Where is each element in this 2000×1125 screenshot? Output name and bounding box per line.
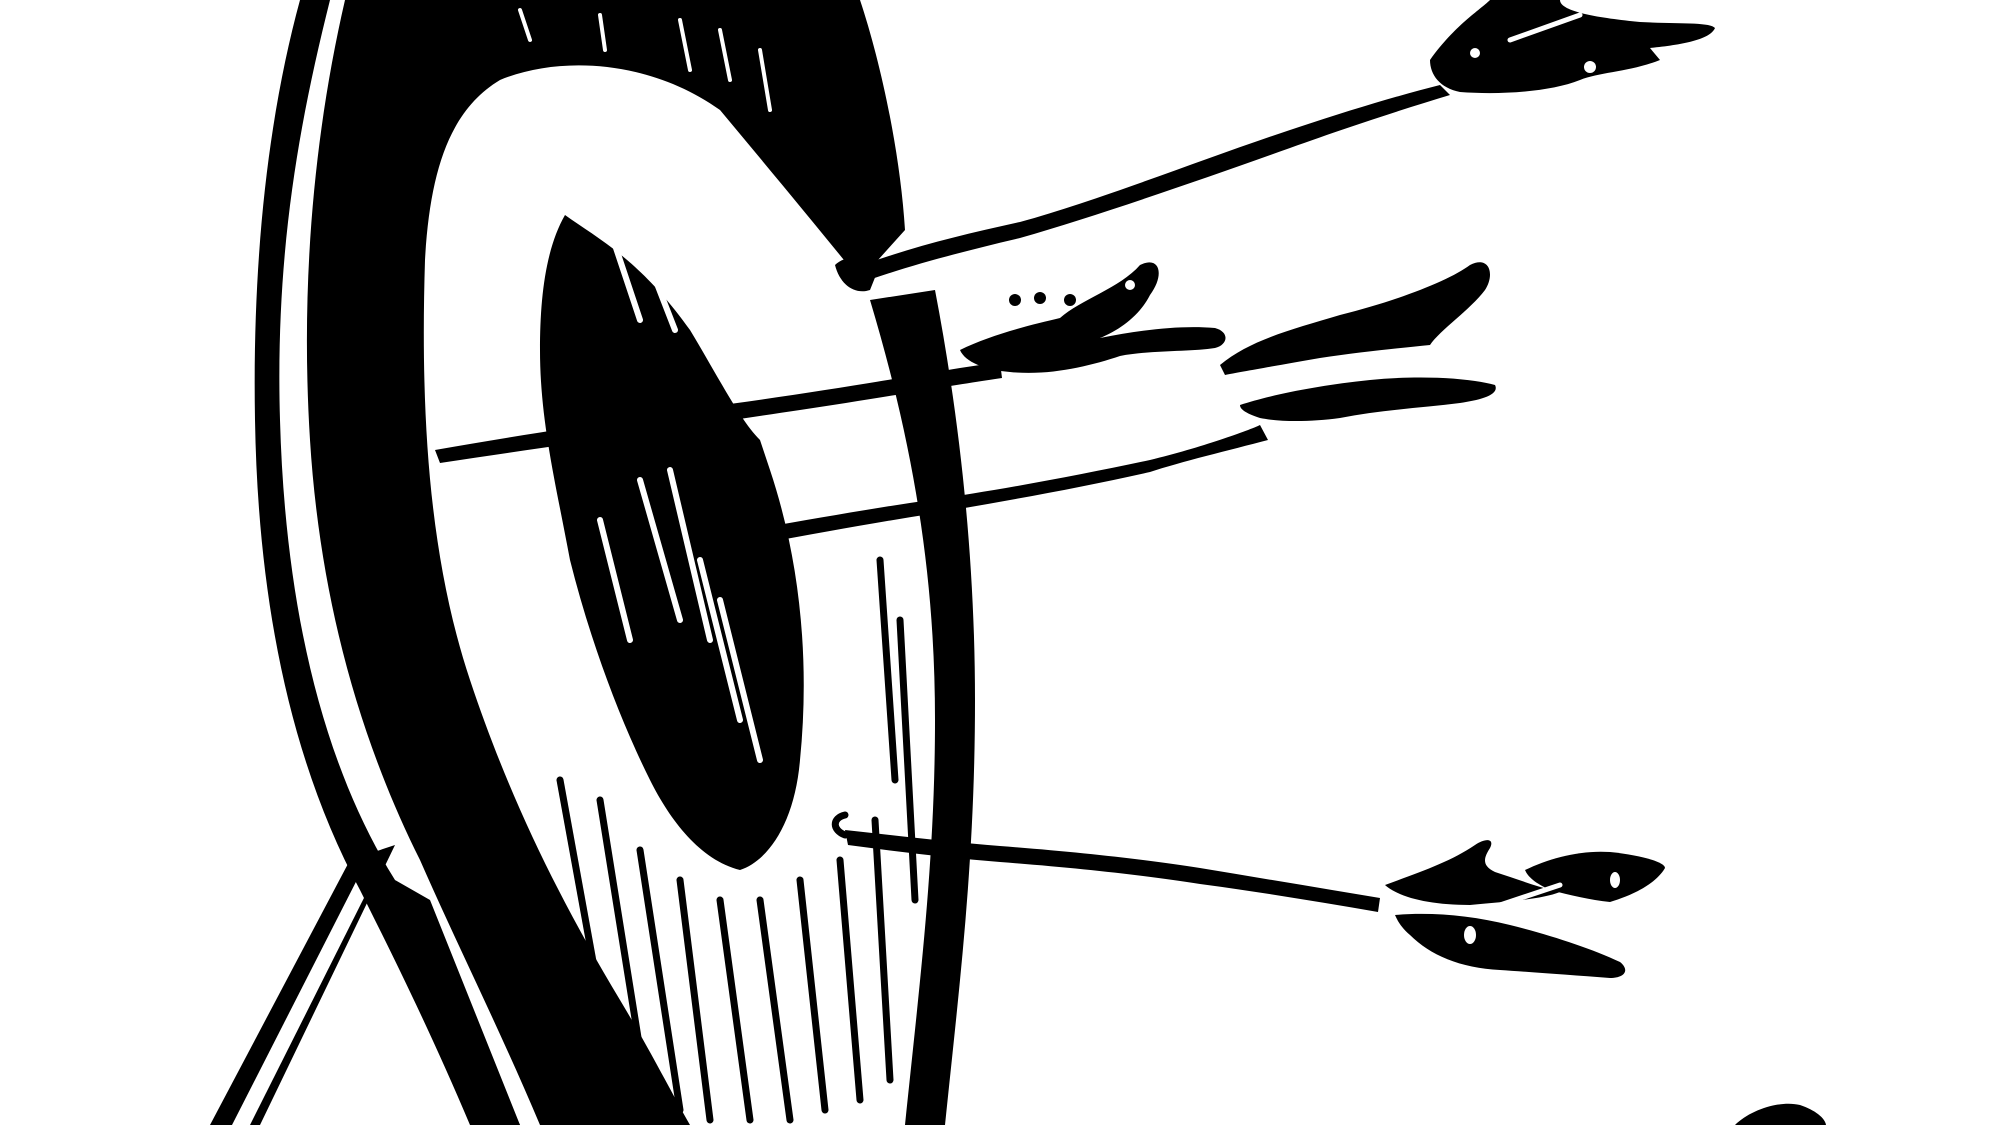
cropped-fragment bbox=[1735, 1104, 1826, 1125]
arrow-1 bbox=[835, 0, 1715, 291]
archery-illustration bbox=[0, 0, 2000, 1125]
target-face bbox=[255, 0, 975, 1125]
